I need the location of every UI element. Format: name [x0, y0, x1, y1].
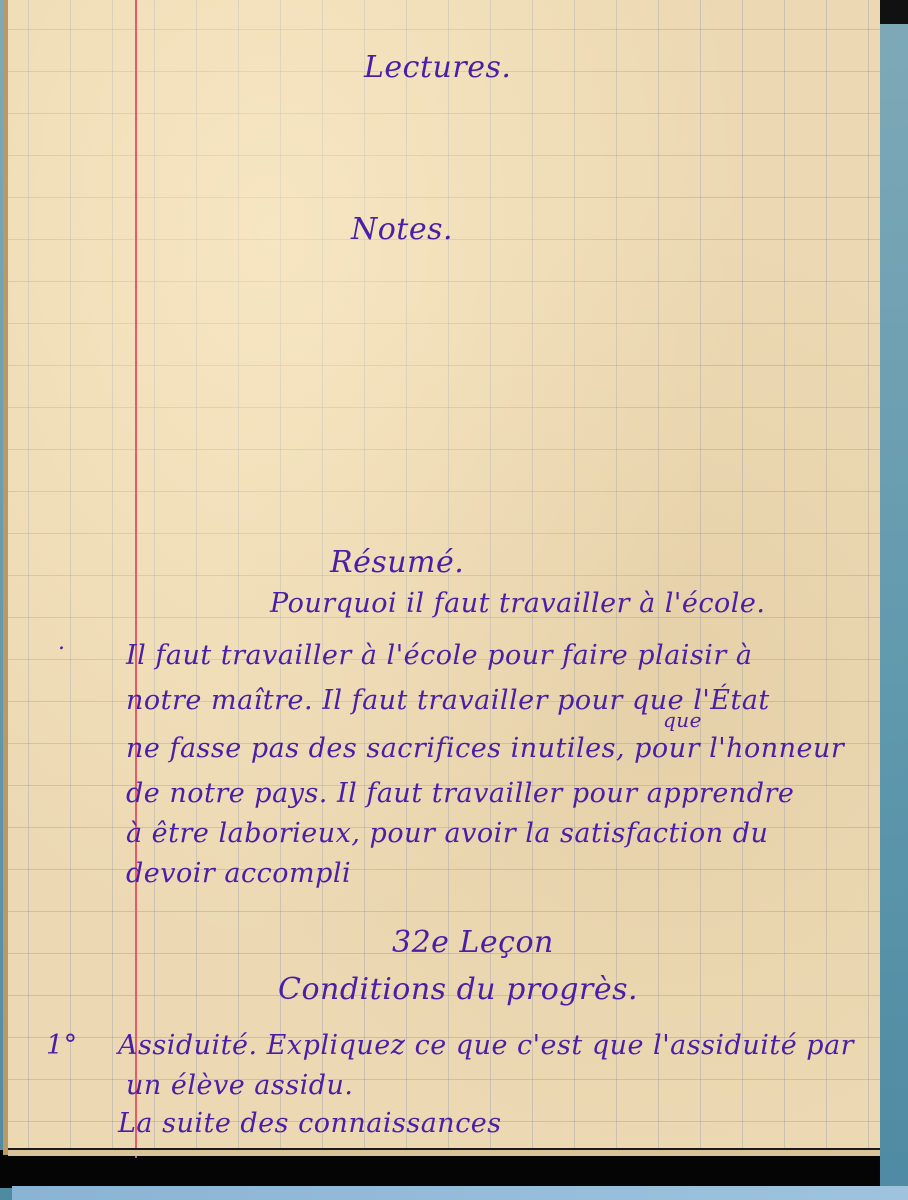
resume-line-4: de notre pays. Il faut travailler pour a… — [126, 778, 794, 809]
scan-backdrop-strip — [12, 1186, 908, 1200]
resume-line-3: ne fasse pas des sacrifices inutiles, po… — [126, 733, 844, 764]
resume-title: Résumé. — [330, 545, 464, 580]
heading-notes: Notes. — [351, 212, 453, 247]
lesson-line-1: Assiduité. Expliquez ce que c'est que l'… — [118, 1030, 854, 1061]
resume-subtitle: Pourquoi il faut travailler à l'école. — [270, 588, 765, 619]
heading-lectures: Lectures. — [364, 50, 511, 85]
correction-insert: que — [663, 708, 702, 732]
page-stack-edge — [8, 1148, 880, 1156]
red-margin-line — [135, 0, 137, 1158]
notebook-page: Lectures. Notes. Résumé. Pourquoi il fau… — [3, 0, 880, 1155]
lesson-number: 32e Leçon — [392, 925, 554, 960]
lesson-item-marker: 1° — [46, 1030, 78, 1061]
lesson-line-3: La suite des connaissances — [118, 1108, 502, 1139]
resume-line-6: devoir accompli — [126, 858, 351, 889]
resume-line-1: Il faut travailler à l'école pour faire … — [126, 640, 753, 671]
margin-mark: . — [58, 630, 66, 655]
lesson-line-2: un élève assidu. — [126, 1070, 353, 1101]
lesson-title: Conditions du progrès. — [278, 972, 638, 1007]
resume-line-5: à être laborieux, pour avoir la satisfac… — [126, 818, 768, 849]
